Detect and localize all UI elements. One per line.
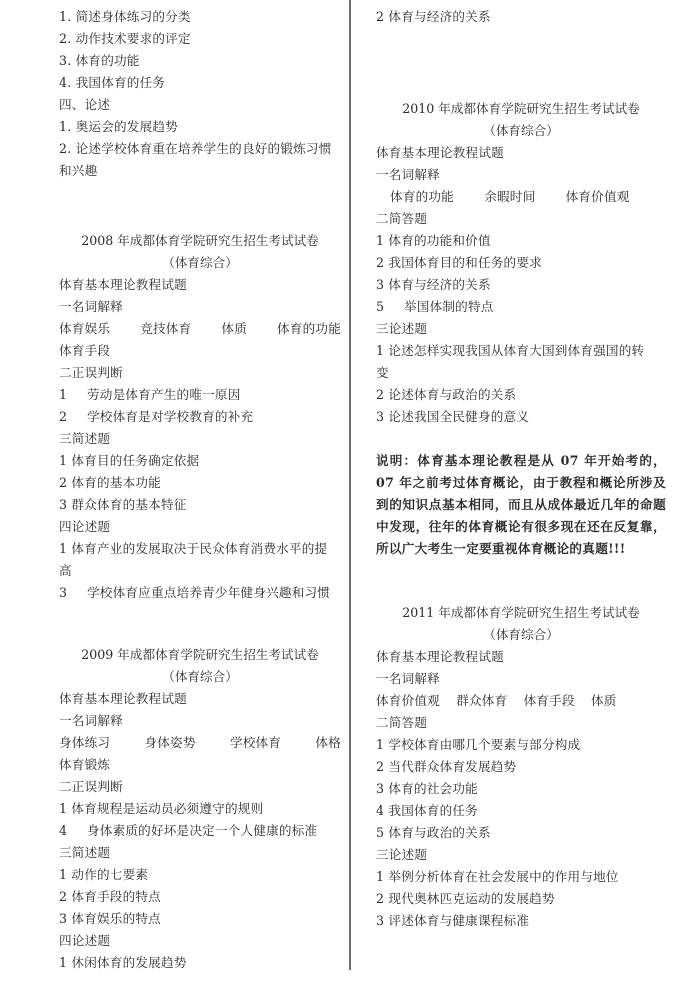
exam-subtitle: （体育综合） bbox=[59, 252, 341, 274]
term: 体格 bbox=[315, 732, 341, 754]
list-item: 4. 我国体育的任务 bbox=[59, 72, 341, 94]
exam-title: 2008 年成都体育学院研究生招生考试试卷 bbox=[59, 230, 341, 252]
exam-title: 2009 年成都体育学院研究生招生考试试卷 bbox=[59, 644, 341, 666]
explanation-note: 说明：体育基本理论教程是从 07 年开始考的，07 年之前考过体育概论，由于教程… bbox=[376, 450, 666, 560]
terms-row: 体育娱乐 竞技体育 体质 体育的功能 bbox=[59, 318, 341, 340]
term: 体育价值观 bbox=[566, 189, 630, 204]
list-item: 2. 论述学校体育重在培养学生的良好的锻炼习惯 bbox=[59, 138, 341, 160]
term: 体质 bbox=[221, 318, 247, 340]
list-item: 4 我国体育的任务 bbox=[376, 800, 666, 822]
section-heading: 四论述题 bbox=[59, 930, 341, 952]
section-heading: 二简答题 bbox=[376, 208, 666, 230]
section-heading: 一名词解释 bbox=[59, 296, 341, 318]
list-item: 1 体育产业的发展取决于民众体育消费水平的提 bbox=[59, 538, 341, 560]
list-item: 5举国体制的特点 bbox=[376, 296, 666, 318]
column-divider bbox=[349, 0, 351, 970]
list-item: 3学校体育应重点培养青少年健身兴趣和习惯 bbox=[59, 582, 341, 604]
section-heading: 二正误判断 bbox=[59, 776, 341, 798]
list-item: 2 我国体育目的和任务的要求 bbox=[376, 252, 666, 274]
terms-row: 体育价值观 群众体育 体育手段 体质 bbox=[376, 690, 666, 712]
list-item: 1. 简述身体练习的分类 bbox=[59, 6, 341, 28]
list-item: 1 举例分析体育在社会发展中的作用与地位 bbox=[376, 866, 666, 888]
list-item: 1 学校体育由哪几个要素与部分构成 bbox=[376, 734, 666, 756]
list-item: 3 体育的社会功能 bbox=[376, 778, 666, 800]
term: 体育价值观 bbox=[376, 693, 440, 708]
section-heading: 三论述题 bbox=[376, 844, 666, 866]
list-item-continuation: 变 bbox=[376, 362, 666, 384]
term: 体质 bbox=[591, 693, 617, 708]
list-item: 1 论述怎样实现我国从体育大国到体育强国的转 bbox=[376, 340, 666, 362]
section-heading: 三论述题 bbox=[376, 318, 666, 340]
section-heading: 一名词解释 bbox=[59, 710, 341, 732]
term: 体育的功能 bbox=[390, 189, 454, 204]
term: 体育手段 bbox=[524, 693, 575, 708]
list-item: 2 当代群众体育发展趋势 bbox=[376, 756, 666, 778]
terms-row: 体育的功能 余暇时间 体育价值观 bbox=[376, 186, 666, 208]
list-item: 2. 动作技术要求的评定 bbox=[59, 28, 341, 50]
list-item-continuation: 和兴趣 bbox=[59, 160, 341, 182]
exam-subtitle: （体育综合） bbox=[59, 666, 341, 688]
list-item: 2 体育与经济的关系 bbox=[376, 6, 666, 28]
list-item: 1 动作的七要素 bbox=[59, 864, 341, 886]
list-item: 3 论述我国全民健身的意义 bbox=[376, 406, 666, 428]
list-item: 3. 体育的功能 bbox=[59, 50, 341, 72]
section-heading: 一名词解释 bbox=[376, 164, 666, 186]
list-item: 1 休闲体育的发展趋势 bbox=[59, 952, 341, 974]
list-item: 3 体育娱乐的特点 bbox=[59, 908, 341, 930]
section-heading: 二简答题 bbox=[376, 712, 666, 734]
course-title: 体育基本理论教程试题 bbox=[376, 142, 666, 164]
section-heading: 二正误判断 bbox=[59, 362, 341, 384]
list-item: 3 群众体育的基本特征 bbox=[59, 494, 341, 516]
course-title: 体育基本理论教程试题 bbox=[376, 646, 666, 668]
exam-subtitle: （体育综合） bbox=[376, 120, 666, 142]
course-title: 体育基本理论教程试题 bbox=[59, 274, 341, 296]
term: 体育手段 bbox=[59, 340, 341, 362]
section-heading: 一名词解释 bbox=[376, 668, 666, 690]
list-item-continuation: 高 bbox=[59, 560, 341, 582]
list-item: 2 论述体育与政治的关系 bbox=[376, 384, 666, 406]
right-column: 2 体育与经济的关系 2010 年成都体育学院研究生招生考试试卷 （体育综合） … bbox=[376, 6, 666, 932]
list-item: 1劳动是体育产生的唯一原因 bbox=[59, 384, 341, 406]
term: 体育的功能 bbox=[277, 318, 341, 340]
exam-title: 2011 年成都体育学院研究生招生考试试卷 bbox=[376, 602, 666, 624]
term: 竞技体育 bbox=[140, 318, 191, 340]
term: 余暇时间 bbox=[484, 189, 535, 204]
list-item: 3 体育与经济的关系 bbox=[376, 274, 666, 296]
list-item: 1. 奥运会的发展趋势 bbox=[59, 116, 341, 138]
list-item: 3 评述体育与健康课程标准 bbox=[376, 910, 666, 932]
section-heading: 三简述题 bbox=[59, 428, 341, 450]
section-heading: 三简述题 bbox=[59, 842, 341, 864]
exam-title: 2010 年成都体育学院研究生招生考试试卷 bbox=[376, 98, 666, 120]
list-item: 2学校体育是对学校教育的补充 bbox=[59, 406, 341, 428]
exam-2009: 2009 年成都体育学院研究生招生考试试卷 （体育综合） 体育基本理论教程试题 … bbox=[59, 644, 341, 974]
course-title: 体育基本理论教程试题 bbox=[59, 688, 341, 710]
exam-subtitle: （体育综合） bbox=[376, 624, 666, 646]
list-item: 1 体育目的任务确定依据 bbox=[59, 450, 341, 472]
exam-2011: 2011 年成都体育学院研究生招生考试试卷 （体育综合） 体育基本理论教程试题 … bbox=[376, 602, 666, 932]
list-item: 2 现代奥林匹克运动的发展趋势 bbox=[376, 888, 666, 910]
left-column: 1. 简述身体练习的分类 2. 动作技术要求的评定 3. 体育的功能 4. 我国… bbox=[59, 6, 341, 974]
list-item: 4身体素质的好坏是决定一个人健康的标准 bbox=[59, 820, 341, 842]
exam-2008: 2008 年成都体育学院研究生招生考试试卷 （体育综合） 体育基本理论教程试题 … bbox=[59, 230, 341, 604]
list-item: 1 体育规程是运动员必须遵守的规则 bbox=[59, 798, 341, 820]
list-item: 2 体育手段的特点 bbox=[59, 886, 341, 908]
terms-row: 身体练习 身体姿势 学校体育 体格 bbox=[59, 732, 341, 754]
list-item: 5 体育与政治的关系 bbox=[376, 822, 666, 844]
term: 身体练习 bbox=[59, 732, 110, 754]
term: 体育娱乐 bbox=[59, 318, 110, 340]
section-heading: 四论述题 bbox=[59, 516, 341, 538]
term: 身体姿势 bbox=[144, 732, 195, 754]
term: 体育锻炼 bbox=[59, 754, 341, 776]
exam-2010: 2010 年成都体育学院研究生招生考试试卷 （体育综合） 体育基本理论教程试题 … bbox=[376, 98, 666, 428]
term: 群众体育 bbox=[456, 693, 507, 708]
term: 学校体育 bbox=[230, 732, 281, 754]
section-heading: 四、论述 bbox=[59, 94, 341, 116]
list-item: 1 体育的功能和价值 bbox=[376, 230, 666, 252]
list-item: 2 体育的基本功能 bbox=[59, 472, 341, 494]
